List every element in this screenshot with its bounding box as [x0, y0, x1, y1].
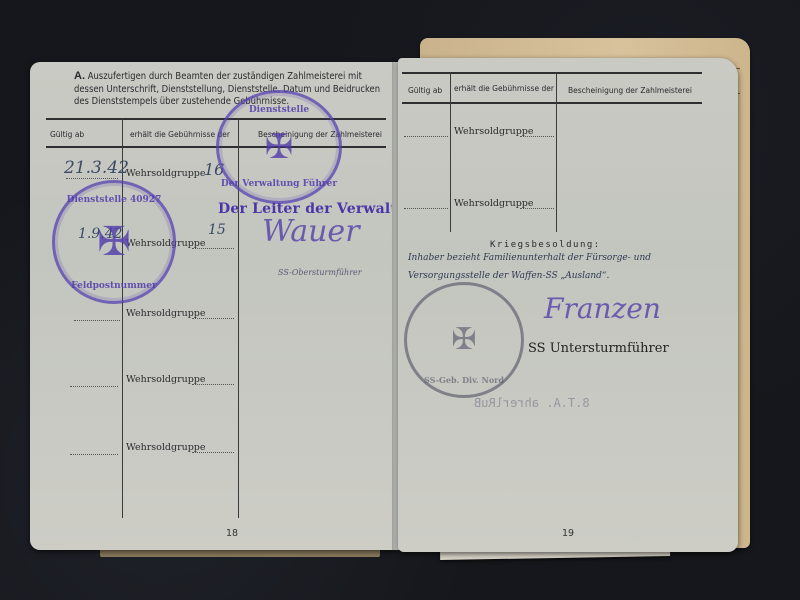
dotted-line	[70, 454, 118, 455]
instructions-text: A. Auszufertigen durch Beamten der zustä…	[74, 70, 394, 109]
header-valid-from: Gültig ab	[50, 130, 84, 139]
dotted-line	[404, 136, 448, 137]
header-valid-from: Gültig ab	[408, 86, 442, 95]
handwritten-note: Inhaber bezieht Familienunterhalt der Fü…	[408, 250, 728, 267]
signature-rank: SS-Obersturmführer	[278, 268, 362, 277]
header-certification: Bescheinigung der Zahlmeisterei	[568, 86, 692, 95]
dotted-line	[192, 452, 234, 453]
header-receives: erhält die Gebührnisse der	[130, 130, 230, 139]
signature: Franzen	[544, 292, 661, 325]
right-page: Gültig ab erhält die Gebührnisse der Bes…	[398, 58, 738, 552]
table-top-rule	[402, 72, 702, 74]
official-stamp-division: ✠ SS-Geb. Div. Nord	[404, 282, 524, 398]
signature-rank: SS Untersturmführer	[528, 341, 669, 356]
official-stamp-feldpost: ✠ Dienststelle 40927 Feldpostnummer	[52, 180, 176, 304]
instructions-prefix: A.	[74, 70, 85, 82]
eagle-icon: ✠	[97, 222, 131, 262]
dotted-line	[70, 386, 118, 387]
wehrsoldgruppe-value: 15	[208, 222, 226, 238]
signature: Wauer	[262, 214, 360, 249]
page-number: 19	[562, 528, 574, 539]
stamp-text: Dienststelle	[219, 105, 339, 115]
dotted-line	[66, 178, 118, 179]
dotted-line	[404, 208, 448, 209]
faint-mirrored-impression: 8.T.A. ahrerlRuB	[474, 396, 590, 410]
left-page: A. Auszufertigen durch Beamten der zustä…	[30, 62, 400, 550]
dotted-line	[192, 318, 234, 319]
instructions-body: Auszufertigen durch Beamten der zuständi…	[74, 71, 380, 107]
official-stamp-top: ✠ Dienststelle Der Verwaltung Führer	[216, 90, 342, 204]
dotted-line	[520, 136, 554, 137]
dotted-line	[192, 384, 234, 385]
dotted-line	[192, 248, 234, 249]
wehrsoldgruppe-label: Wehrsoldgruppe	[126, 168, 206, 179]
stamp-text: Feldpostnummer	[55, 281, 173, 291]
page-number: 18	[226, 528, 238, 539]
column-divider	[450, 72, 451, 232]
column-divider	[122, 118, 123, 518]
table-top-rule	[46, 118, 386, 120]
eagle-icon: ✠	[451, 325, 476, 355]
stamp-text: Dienststelle 40927	[55, 195, 173, 205]
stamp-text: SS-Geb. Div. Nord	[407, 375, 521, 385]
column-divider	[556, 72, 557, 232]
kriegsbesoldung-title: Kriegsbesoldung:	[490, 240, 601, 250]
valid-from-value: 21.3.42	[64, 158, 129, 178]
dotted-line	[520, 208, 554, 209]
eagle-icon: ✠	[265, 130, 294, 164]
header-bottom-rule	[402, 102, 702, 104]
dotted-line	[74, 320, 120, 321]
stamp-text: Der Verwaltung Führer	[219, 179, 339, 189]
header-receives: erhält die Gebührnisse der	[454, 84, 554, 93]
